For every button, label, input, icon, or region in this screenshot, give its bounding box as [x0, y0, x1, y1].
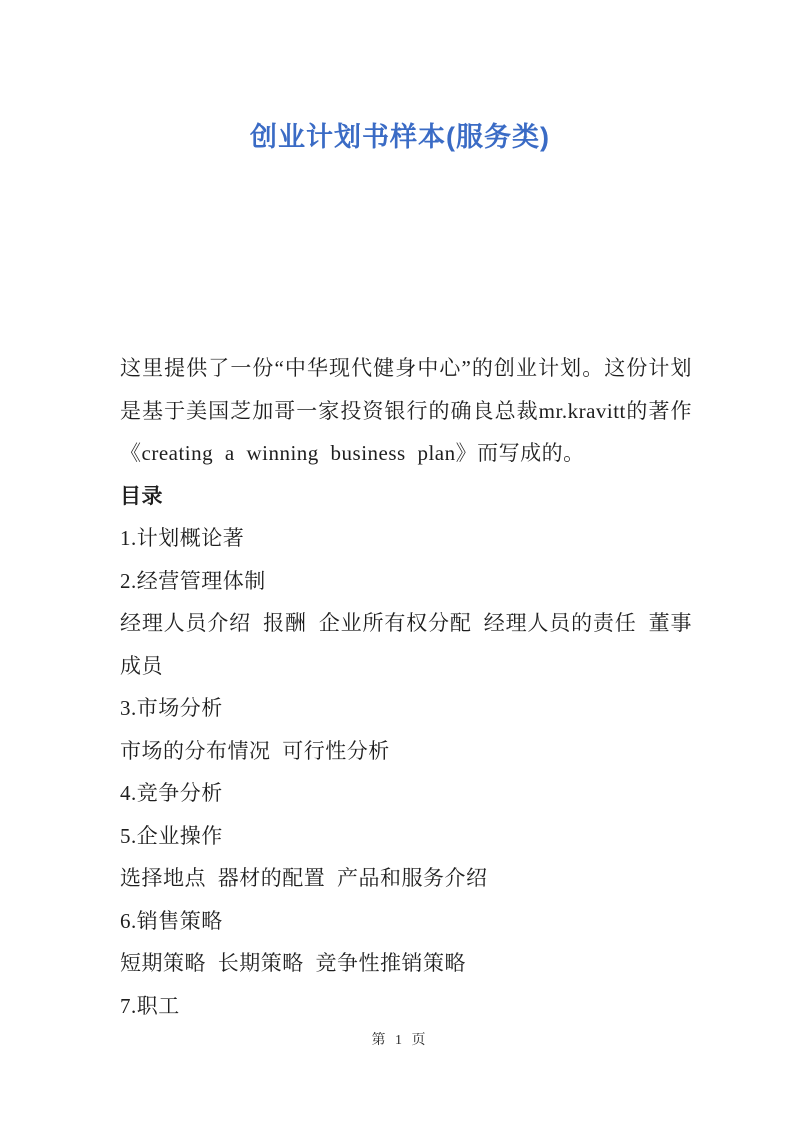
body-line: 是基于美国芝加哥一家投资银行的确良总裁mr.kravitt的著作: [120, 390, 692, 433]
toc-heading: 目录: [120, 475, 692, 518]
toc-item: 1.计划概论著: [120, 517, 692, 560]
toc-item: 2.经营管理体制: [120, 560, 692, 603]
toc-item: 4.竞争分析: [120, 772, 692, 815]
toc-subitems: 选择地点 器材的配置 产品和服务介绍: [120, 857, 692, 900]
toc-item: 6.销售策略: [120, 900, 692, 943]
body-line: 这里提供了一份“中华现代健身中心”的创业计划。这份计划: [120, 347, 692, 390]
toc-subitems: 经理人员介绍 报酬 企业所有权分配 经理人员的责任 董事会: [120, 602, 692, 645]
toc-item: 7.职工: [120, 985, 692, 1028]
page-number: 第 1 页: [0, 1031, 800, 1051]
toc-item: 3.市场分析: [120, 687, 692, 730]
body-line: 《creating a winning business plan》而写成的。: [120, 432, 692, 475]
toc-subitems: 成员: [120, 645, 692, 688]
toc-subitems: 短期策略 长期策略 竞争性推销策略: [120, 942, 692, 985]
toc-item: 5.企业操作: [120, 815, 692, 858]
document-page: 创业计划书样本(服务类) 这里提供了一份“中华现代健身中心”的创业计划。这份计划…: [0, 0, 800, 1132]
toc-subitems: 市场的分布情况 可行性分析: [120, 730, 692, 773]
document-body: 这里提供了一份“中华现代健身中心”的创业计划。这份计划 是基于美国芝加哥一家投资…: [120, 347, 692, 1027]
document-title: 创业计划书样本(服务类): [0, 121, 800, 153]
